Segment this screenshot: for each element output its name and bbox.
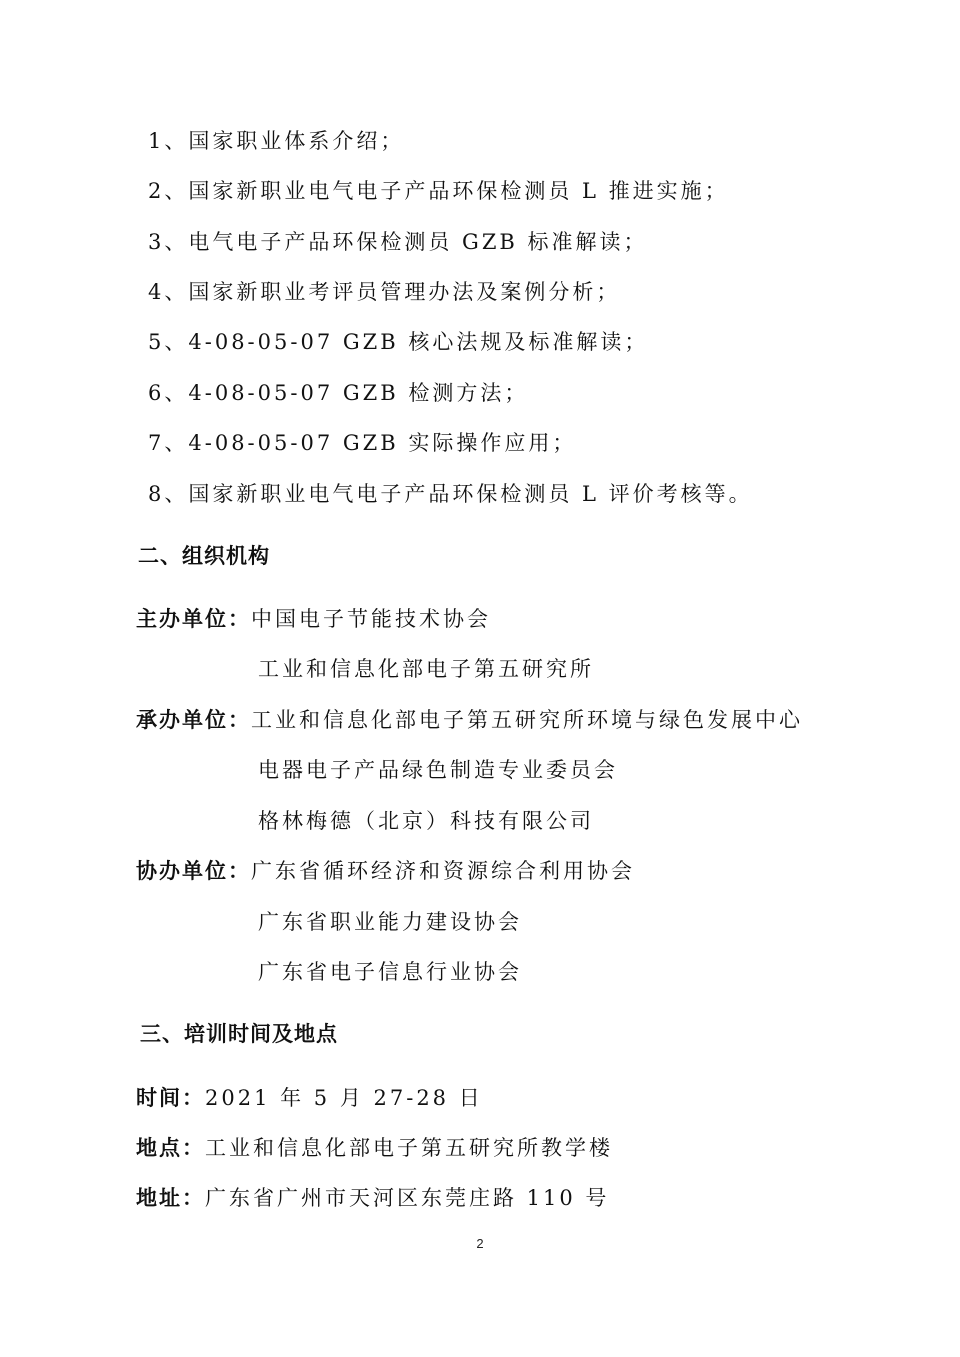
organizer-org: 格林梅德（北京）科技有限公司 bbox=[258, 806, 594, 836]
time-label: 时间： bbox=[136, 1086, 205, 1110]
list-item-number: 8、 bbox=[148, 482, 188, 506]
list-item-number: 1、 bbox=[148, 129, 188, 153]
list-item-text: 4-08-05-07 GZB 核心法规及标准解读； bbox=[188, 330, 648, 354]
list-item-text: 4-08-05-07 GZB 检测方法； bbox=[188, 381, 528, 405]
place-row: 地点：工业和信息化部电子第五研究所教学楼 bbox=[136, 1133, 613, 1163]
section-heading-organization: 二、组织机构 bbox=[138, 541, 270, 571]
host-label: 主办单位： bbox=[136, 607, 251, 631]
list-item-text: 国家新职业电气电子产品环保检测员 L 推进实施； bbox=[188, 179, 728, 203]
organizer-row: 承办单位：工业和信息化部电子第五研究所环境与绿色发展中心 bbox=[136, 705, 803, 735]
address-label: 地址： bbox=[136, 1186, 205, 1210]
list-item-number: 6、 bbox=[148, 381, 188, 405]
list-item-text: 国家新职业电气电子产品环保检测员 L 评价考核等。 bbox=[188, 482, 752, 506]
host-row: 主办单位：中国电子节能技术协会 bbox=[136, 604, 491, 634]
co-organizer-label: 协办单位： bbox=[136, 859, 251, 883]
host-org: 中国电子节能技术协会 bbox=[251, 607, 491, 631]
host-org: 工业和信息化部电子第五研究所 bbox=[258, 654, 594, 684]
co-organizer-org: 广东省职业能力建设协会 bbox=[258, 907, 522, 937]
list-item-number: 2、 bbox=[148, 179, 188, 203]
list-item-number: 7、 bbox=[148, 431, 188, 455]
list-item: 6、4-08-05-07 GZB 检测方法； bbox=[148, 378, 528, 408]
list-item: 2、国家新职业电气电子产品环保检测员 L 推进实施； bbox=[148, 176, 729, 206]
organizer-org: 电器电子产品绿色制造专业委员会 bbox=[258, 755, 618, 785]
place-label: 地点： bbox=[136, 1136, 205, 1160]
co-organizer-org: 广东省循环经济和资源综合利用协会 bbox=[251, 859, 635, 883]
page-number: 2 bbox=[0, 1236, 960, 1251]
list-item-text: 国家职业体系介绍； bbox=[188, 129, 404, 153]
section-heading-time-place: 三、培训时间及地点 bbox=[140, 1019, 338, 1049]
list-item: 8、国家新职业电气电子产品环保检测员 L 评价考核等。 bbox=[148, 479, 753, 509]
list-item: 5、4-08-05-07 GZB 核心法规及标准解读； bbox=[148, 327, 648, 357]
list-item-number: 4、 bbox=[148, 280, 188, 304]
list-item: 7、4-08-05-07 GZB 实际操作应用； bbox=[148, 428, 576, 458]
list-item-number: 3、 bbox=[148, 230, 188, 254]
list-item: 3、电气电子产品环保检测员 GZB 标准解读； bbox=[148, 227, 648, 257]
co-organizer-org: 广东省电子信息行业协会 bbox=[258, 957, 522, 987]
address-value: 广东省广州市天河区东莞庄路 110 号 bbox=[205, 1186, 609, 1210]
list-item: 1、国家职业体系介绍； bbox=[148, 126, 404, 156]
list-item-number: 5、 bbox=[148, 330, 188, 354]
time-row: 时间：2021 年 5 月 27-28 日 bbox=[136, 1083, 483, 1113]
organizer-org: 工业和信息化部电子第五研究所环境与绿色发展中心 bbox=[251, 708, 803, 732]
list-item-text: 电气电子产品环保检测员 GZB 标准解读； bbox=[188, 230, 647, 254]
co-organizer-row: 协办单位：广东省循环经济和资源综合利用协会 bbox=[136, 856, 635, 886]
address-row: 地址：广东省广州市天河区东莞庄路 110 号 bbox=[136, 1183, 609, 1213]
list-item: 4、国家新职业考评员管理办法及案例分析； bbox=[148, 277, 620, 307]
organizer-label: 承办单位： bbox=[136, 708, 251, 732]
place-value: 工业和信息化部电子第五研究所教学楼 bbox=[205, 1136, 613, 1160]
list-item-text: 4-08-05-07 GZB 实际操作应用； bbox=[188, 431, 576, 455]
time-value: 2021 年 5 月 27-28 日 bbox=[205, 1086, 483, 1110]
list-item-text: 国家新职业考评员管理办法及案例分析； bbox=[188, 280, 620, 304]
